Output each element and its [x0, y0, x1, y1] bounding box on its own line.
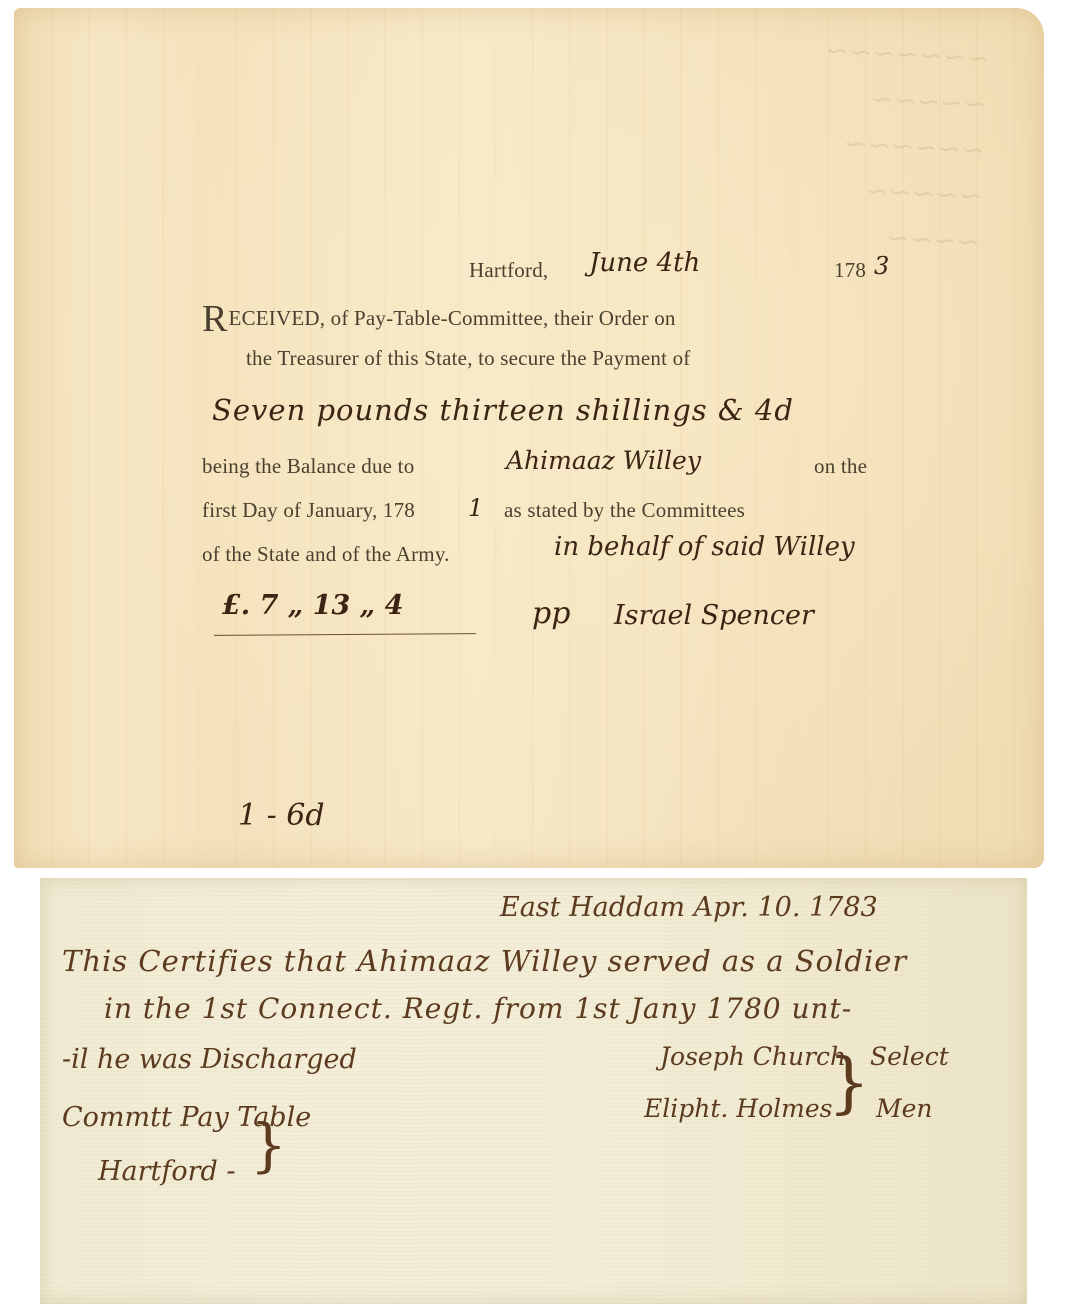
certificate-signer-1: Joseph Church	[660, 1042, 846, 1071]
certificate-title-line-2: Men	[876, 1094, 933, 1123]
receipt-line-5-prefix: first Day of January, 178	[202, 498, 415, 523]
receipt-line-1-text: ECEIVED, of Pay-Table-Committee, their O…	[229, 306, 676, 330]
receipt-year-printed: 178	[834, 258, 866, 283]
signers-brace: }	[828, 1050, 870, 1116]
amount-underline	[214, 633, 476, 636]
pay-table-receipt: ~~~~~~~~~~~~~~~~~~~~~~~~~~~ Hartford, Ju…	[14, 8, 1044, 868]
receipt-amount-words: Seven pounds thirteen shillings & 4d	[212, 393, 794, 427]
receipt-signature: Israel Spencer	[614, 600, 814, 631]
receipt-line-4-suffix: on the	[814, 454, 867, 479]
receipt-payee: Ahimaaz Willey	[506, 446, 701, 475]
drop-cap: R	[202, 298, 228, 340]
certificate-line-3: -il he was Discharged	[62, 1044, 357, 1075]
receipt-line-4-prefix: being the Balance due to	[202, 454, 414, 479]
receipt-behalf-note: in behalf of said Willey	[554, 532, 855, 562]
certificate-addressee-line-2: Hartford -	[98, 1156, 236, 1187]
receipt-date-handwritten: June 4th	[589, 248, 700, 278]
addressee-brace: }	[250, 1116, 287, 1174]
receipt-line-6: of the State and of the Army.	[202, 542, 450, 567]
receipt-line-1: RECEIVED, of Pay-Table-Committee, their …	[202, 300, 676, 338]
receipt-amount-figures: £. 7 „ 13 „ 4	[222, 590, 403, 621]
receipt-signature-prefix: pp	[532, 596, 570, 631]
receipt-line-5-digit: 1	[468, 494, 483, 522]
receipt-place: Hartford,	[469, 258, 548, 283]
service-certificate: East Haddam Apr. 10. 1783 This Certifies…	[40, 878, 1027, 1304]
certificate-place-date: East Haddam Apr. 10. 1783	[500, 892, 878, 923]
receipt-year-digit: 3	[874, 252, 889, 280]
certificate-signer-2: Elipht. Holmes	[644, 1094, 832, 1123]
receipt-line-5-suffix: as stated by the Committees	[504, 498, 745, 523]
certificate-line-2: in the 1st Connect. Regt. from 1st Jany …	[104, 992, 852, 1025]
receipt-line-2: the Treasurer of this State, to secure t…	[246, 346, 691, 371]
certificate-line-1: This Certifies that Ahimaaz Willey serve…	[62, 944, 907, 978]
certificate-title-line-1: Select	[870, 1042, 949, 1071]
ink-bleed-through: ~~~~~~~~~~~~~~~~~~~~~~~~~~~	[677, 20, 990, 295]
receipt-margin-note: 1 - 6d	[238, 798, 325, 833]
